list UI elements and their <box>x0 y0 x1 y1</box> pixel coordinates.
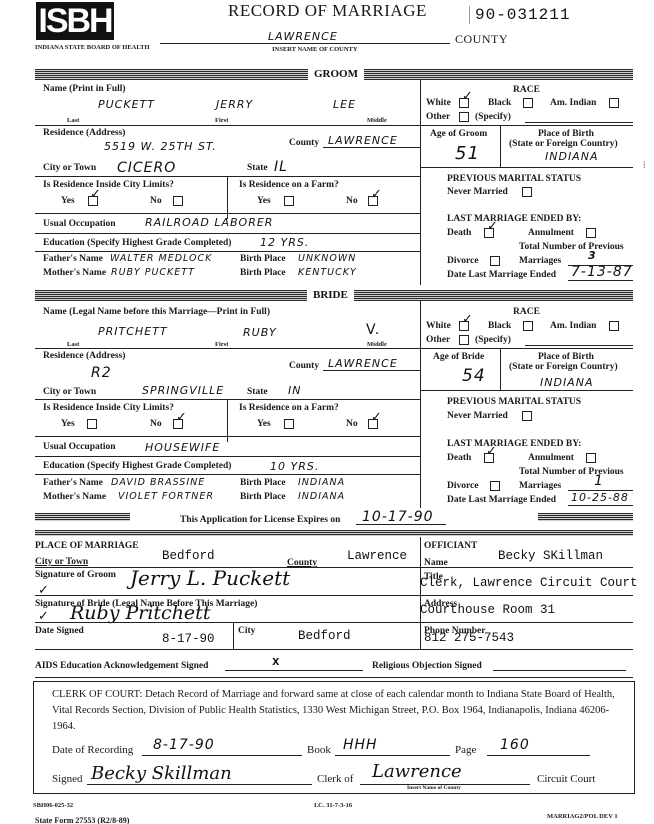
aids-ack-line[interactable] <box>225 670 363 671</box>
groom-county-label: County <box>289 138 319 148</box>
clerk-instructions: CLERK OF COURT: Detach Record of Marriag… <box>52 687 622 735</box>
bride-residence: R2 <box>91 365 112 381</box>
divider <box>35 436 420 437</box>
bride-father-birth: INDIANA <box>298 477 345 488</box>
page-label: Page <box>455 744 476 756</box>
groom-race-label: RACE <box>513 85 540 95</box>
bride-city-limits-label: Is Residence Inside City Limits? <box>43 403 174 413</box>
divider <box>420 348 633 349</box>
place-city: Bedford <box>162 549 215 563</box>
groom-race-amindian-checkbox[interactable] <box>609 98 619 108</box>
yes-label: Yes <box>257 196 271 206</box>
bride-last-name: PRITCHETT <box>98 325 168 338</box>
bride-birthplace-sub: (State or Foreign Country) <box>509 362 618 372</box>
divider <box>35 474 420 475</box>
book-value: HHH <box>343 737 378 753</box>
groom-signature-label: Signature of Groom <box>35 570 116 580</box>
bride-state: IN <box>288 384 301 397</box>
header-county-caption: INSERT NAME OF COUNTY <box>272 46 358 53</box>
divider <box>420 595 633 596</box>
groom-prev-status-label: PREVIOUS MARITAL STATUS <box>447 174 581 184</box>
bride-last-marriage-label: LAST MARRIAGE ENDED BY: <box>447 439 581 449</box>
bride-race-other-checkbox[interactable] <box>459 335 469 345</box>
groom-mother-birth-label: Birth Place <box>240 268 286 278</box>
yes-label: Yes <box>61 196 75 206</box>
divorce-label: Divorce <box>447 481 478 491</box>
groom-marriages: 3 <box>588 249 597 262</box>
bride-divorce-checkbox[interactable] <box>490 481 500 491</box>
middle-caption: Middle <box>367 341 387 348</box>
divider <box>500 348 501 391</box>
no-label: No <box>346 419 358 429</box>
underline <box>142 755 302 756</box>
bride-birthplace-label: Place of Birth <box>538 352 594 362</box>
divider <box>500 125 501 168</box>
divider <box>420 167 633 168</box>
annulment-label: Annulment <box>528 453 574 463</box>
groom-city-limits-no-checkbox[interactable] <box>173 196 183 206</box>
groom-county: LAWRENCE <box>328 134 398 147</box>
divider <box>35 595 420 596</box>
groom-father: WALTER MEDLOCK <box>110 253 212 264</box>
no-label: No <box>150 419 162 429</box>
divider <box>420 125 633 126</box>
bride-date-ended: 10-25-88 <box>571 491 629 504</box>
no-label: No <box>150 196 162 206</box>
groom-mother-label: Mother's Name <box>43 268 106 278</box>
header-county-label: COUNTY <box>455 32 508 47</box>
bride-farm-yes-checkbox[interactable] <box>284 419 294 429</box>
groom-age-label: Age of Groom <box>430 129 487 139</box>
bride-city: SPRINGVILLE <box>142 384 224 397</box>
state-form-number: State Form 27553 (R2/8-89) <box>35 816 129 824</box>
bride-signature: Ruby Pritchett <box>70 602 210 624</box>
bride-county-label: County <box>289 361 319 371</box>
checkmark-icon: ✓ <box>371 188 382 201</box>
divider <box>35 649 633 650</box>
groom-education-label: Education (Specify Highest Grade Complet… <box>43 238 231 248</box>
signed-city: Bedford <box>298 629 351 643</box>
groom-mother: RUBY PUCKETT <box>111 267 195 278</box>
religious-objection-line[interactable] <box>493 670 626 671</box>
first-caption: First <box>215 341 228 348</box>
checkmark-icon: ✓ <box>487 220 498 233</box>
divider <box>35 233 420 234</box>
checkmark-icon: ✓ <box>462 313 473 326</box>
underline <box>356 524 446 525</box>
bride-mother-birth: INDIANA <box>298 491 345 502</box>
total-previous-label: Total Number of Previous <box>519 467 624 477</box>
groom-birthplace-label: Place of Birth <box>538 129 594 139</box>
recording-date: 8-17-90 <box>153 737 215 753</box>
bride-mother-birth-label: Birth Place <box>240 492 286 502</box>
underline <box>487 755 590 756</box>
bride-birthplace: INDIANA <box>540 376 593 389</box>
divider <box>35 251 420 252</box>
decorative-band <box>35 513 130 521</box>
race-black-label: Black <box>488 98 511 108</box>
underline <box>335 755 450 756</box>
groom-education: 12 YRS. <box>260 236 309 249</box>
groom-occupation-label: Usual Occupation <box>43 219 116 229</box>
race-specify-label: (Specify) <box>475 112 511 122</box>
groom-birthplace-sub: (State or Foreign Country) <box>509 139 618 149</box>
groom-last-name: PUCKETT <box>98 98 155 111</box>
groom-never-married-checkbox[interactable] <box>522 187 532 197</box>
groom-occupation: RAILROAD LABORER <box>145 216 273 229</box>
divider <box>35 213 420 214</box>
agency-name: INDIANA STATE BOARD OF HEALTH <box>35 44 150 51</box>
groom-race-other-checkbox[interactable] <box>459 112 469 122</box>
groom-divorce-checkbox[interactable] <box>490 256 500 266</box>
groom-mother-birth: KENTUCKY <box>298 267 357 278</box>
checkmark-icon: ✓ <box>371 411 382 424</box>
groom-father-birth-label: Birth Place <box>240 254 286 264</box>
checkmark-icon: ✓ <box>176 411 187 424</box>
bride-section-label: BRIDE <box>307 289 354 302</box>
bride-city-limits-yes-checkbox[interactable] <box>87 419 97 429</box>
divider <box>35 677 633 678</box>
bride-occupation-label: Usual Occupation <box>43 442 116 452</box>
officiant-address: Courthouse Room 31 <box>420 603 555 617</box>
total-previous-label: Total Number of Previous <box>519 242 624 252</box>
bride-mother-label: Mother's Name <box>43 492 106 502</box>
isbh-logo: ISBH <box>36 2 114 40</box>
groom-birthplace: INDIANA <box>545 150 598 163</box>
bride-marriages: 1 <box>594 473 604 489</box>
document-title: RECORD OF MARRIAGE <box>228 1 427 21</box>
yes-label: Yes <box>257 419 271 429</box>
death-label: Death <box>447 453 471 463</box>
groom-name-label: Name (Print in Full) <box>43 84 126 94</box>
groom-race-black-checkbox[interactable] <box>523 98 533 108</box>
groom-city-limits-label: Is Residence Inside City Limits? <box>43 180 174 190</box>
divider <box>35 567 633 568</box>
groom-city-label: City or Town <box>43 163 96 173</box>
recording-date-label: Date of Recording <box>52 744 133 756</box>
groom-date-ended: 7-13-87 <box>571 264 633 280</box>
license-expires-date: 10-17-90 <box>362 509 434 525</box>
annulment-label: Annulment <box>528 228 574 238</box>
page-value: 160 <box>500 737 530 753</box>
groom-city: CICERO <box>117 160 176 176</box>
last-caption: Last <box>67 117 79 124</box>
aids-ack-label: AIDS Education Acknowledgement Signed <box>35 661 208 671</box>
record-number: 90-031211 <box>475 6 570 24</box>
bride-residence-label: Residence (Address) <box>43 351 125 361</box>
underline <box>568 505 633 506</box>
divider <box>35 125 420 126</box>
groom-middle-name: LEE <box>333 98 356 111</box>
race-other-label: Other <box>426 335 450 345</box>
no-label: No <box>346 196 358 206</box>
never-married-label: Never Married <box>447 187 508 197</box>
marriages-label: Marriages <box>519 481 561 491</box>
bride-first-name: RUBY <box>243 326 277 339</box>
bride-annulment-checkbox[interactable] <box>586 453 596 463</box>
race-other-label: Other <box>426 112 450 122</box>
officiant-section-label: OFFICIANT <box>424 541 477 551</box>
column-divider <box>420 80 421 285</box>
bride-race-black-checkbox[interactable] <box>523 321 533 331</box>
bride-mother: VIOLET FORTNER <box>118 491 214 502</box>
underline <box>87 784 312 785</box>
bride-city-label: City or Town <box>43 387 96 397</box>
yes-label: Yes <box>61 419 75 429</box>
groom-residence: 5519 W. 25TH ST. <box>104 140 217 153</box>
underline <box>323 147 420 148</box>
date-signed: 8-17-90 <box>162 632 215 646</box>
religious-objection-label: Religious Objection Signed <box>372 661 482 671</box>
bride-farm-label: Is Residence on a Farm? <box>239 403 339 413</box>
race-black-label: Black <box>488 321 511 331</box>
date-ended-label: Date Last Marriage Ended <box>447 270 556 280</box>
groom-last-marriage-label: LAST MARRIAGE ENDED BY: <box>447 214 581 224</box>
groom-father-birth: UNKNOWN <box>298 253 356 264</box>
race-white-label: White <box>426 98 451 108</box>
underline <box>323 370 420 371</box>
ic-code: I.C. 31-7-3-16 <box>314 802 352 809</box>
signed-label: Signed <box>52 773 83 785</box>
marriages-label: Marriages <box>519 256 561 266</box>
groom-annulment-checkbox[interactable] <box>586 228 596 238</box>
race-specify-label: (Specify) <box>475 335 511 345</box>
officiant-title: Clerk, Lawrence Circuit Court <box>420 576 638 590</box>
underline <box>525 345 633 346</box>
race-white-label: White <box>426 321 451 331</box>
bride-father: DAVID BRASSINE <box>111 477 205 488</box>
column-divider <box>420 537 421 649</box>
date-signed-label: Date Signed <box>35 626 84 636</box>
groom-signature: Jerry L. Puckett <box>130 566 290 590</box>
bride-middle-name: V. <box>366 322 380 338</box>
underline <box>568 280 633 281</box>
header-county-line <box>160 43 450 44</box>
place-city-label: City or Town <box>35 557 88 567</box>
clerk-of-county: Lawrence <box>372 761 462 782</box>
bride-age-label: Age of Bride <box>433 352 484 362</box>
bride-never-married-checkbox[interactable] <box>522 411 532 421</box>
race-amindian-label: Am. Indian <box>550 321 596 331</box>
bride-father-label: Father's Name <box>43 478 103 488</box>
bride-county: LAWRENCE <box>328 357 398 370</box>
divider <box>35 456 420 457</box>
last-caption: Last <box>67 341 79 348</box>
circuit-court-label: Circuit Court <box>537 773 595 785</box>
bride-age: 54 <box>462 366 486 386</box>
place-section-label: PLACE OF MARRIAGE <box>35 541 139 551</box>
bride-education-label: Education (Specify Highest Grade Complet… <box>43 461 231 471</box>
clerk-of-caption: Insert Name of County <box>407 785 461 791</box>
groom-farm-label: Is Residence on a Farm? <box>239 180 339 190</box>
groom-age: 51 <box>455 143 480 164</box>
date-ended-label: Date Last Marriage Ended <box>447 495 556 505</box>
officiant-name: Becky SKillman <box>498 549 603 563</box>
aids-ack-value: x <box>272 655 280 669</box>
officiant-phone: 812 275-7543 <box>424 631 514 645</box>
bride-father-birth-label: Birth Place <box>240 478 286 488</box>
divider <box>35 348 420 349</box>
margin-mark: ⁞ <box>643 160 646 170</box>
divider <box>233 622 234 649</box>
never-married-label: Never Married <box>447 411 508 421</box>
form-code: SBH06-025-32 <box>33 802 73 809</box>
bride-education: 10 YRS. <box>270 460 319 473</box>
bride-occupation: HOUSEWIFE <box>145 441 220 454</box>
signed-city-label: City <box>238 626 255 636</box>
bride-prev-status-label: PREVIOUS MARITAL STATUS <box>447 397 581 407</box>
groom-first-name: JERRY <box>216 98 253 111</box>
decorative-band <box>35 530 633 536</box>
checkmark-icon: ✓ <box>462 90 473 103</box>
place-county: Lawrence <box>347 549 407 563</box>
checkmark-icon: ✓ <box>486 445 497 458</box>
divider <box>35 622 633 623</box>
divider <box>420 390 633 391</box>
dev-code: MARRIAG2/POL DEV 1 <box>547 813 618 820</box>
clerk-of-label: Clerk of <box>317 773 353 785</box>
license-expires-label: This Application for License Expires on <box>180 515 340 525</box>
bride-race-label: RACE <box>513 307 540 317</box>
header-county-value: LAWRENCE <box>268 30 338 43</box>
bride-race-amindian-checkbox[interactable] <box>609 321 619 331</box>
middle-caption: Middle <box>367 117 387 124</box>
death-label: Death <box>447 228 471 238</box>
bride-state-label: State <box>247 387 268 397</box>
groom-state: IL <box>274 159 288 175</box>
decorative-band <box>538 513 633 521</box>
bride-name-label: Name (Legal Name before this Marriage—Pr… <box>43 307 270 317</box>
groom-father-label: Father's Name <box>43 254 103 264</box>
divorce-label: Divorce <box>447 256 478 266</box>
groom-farm-yes-checkbox[interactable] <box>284 196 294 206</box>
groom-section-label: GROOM <box>308 68 364 81</box>
record-number-divider <box>469 6 470 24</box>
column-divider <box>420 301 421 508</box>
checkmark-icon: ✓ <box>90 188 101 201</box>
groom-residence-label: Residence (Address) <box>43 128 125 138</box>
underline <box>525 122 633 123</box>
race-amindian-label: Am. Indian <box>550 98 596 108</box>
officiant-name-label: Name <box>424 558 448 568</box>
clerk-signature: Becky Skillman <box>91 763 232 784</box>
book-label: Book <box>307 744 331 756</box>
first-caption: First <box>215 117 228 124</box>
groom-state-label: State <box>247 163 268 173</box>
